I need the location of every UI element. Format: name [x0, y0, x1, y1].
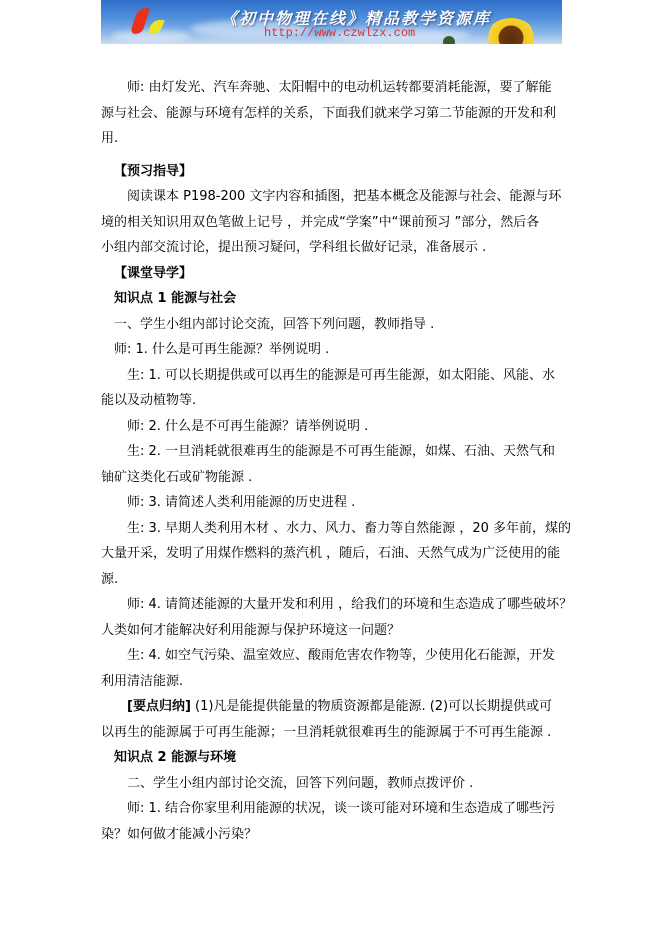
- text-line: 阅读课本 P198-200 文字内容和插图，把基本概念及能源与社会、能源与环: [101, 184, 571, 210]
- key-points-label: [要点归纳]: [127, 699, 191, 714]
- knowledge-point-1-heading: 知识点 1 能源与社会: [101, 286, 571, 312]
- text-line: 源与社会、能源与环境有怎样的关系，下面我们就来学习第二节能源的开发和利: [101, 101, 571, 127]
- text-line: 师: 3. 请简述人类利用能源的历史进程 .: [101, 490, 571, 516]
- text-line: 染？如何做才能减小污染？: [101, 822, 571, 848]
- text-line: 大量开采，发明了用煤作燃料的蒸汽机 ，随后，石油、天然气成为广泛使用的能: [101, 541, 571, 567]
- text-line: 用.: [101, 126, 571, 152]
- text-line: 源.: [101, 567, 571, 593]
- text-line: 师: 2. 什么是不可再生能源？请举例说明 .: [101, 414, 571, 440]
- text-line: 以再生的能源属于可再生能源；一旦消耗就很难再生的能源属于不可再生能源 .: [101, 720, 571, 746]
- section-heading-preview: 【预习指导】: [101, 159, 571, 185]
- document-body: 师: 由灯发光、汽车奔驰、太阳帽中的电动机运转都要消耗能源，要了解能 源与社会、…: [101, 75, 571, 847]
- text-line: 利用清洁能源.: [101, 669, 571, 695]
- flower-bud-icon: [443, 36, 455, 44]
- text-line: 一、学生小组内部讨论交流，回答下列问题，教师指导 .: [101, 312, 571, 338]
- text-line: 小组内部交流讨论，提出预习疑问，学科组长做好记录，准备展示 .: [101, 235, 571, 261]
- text-line: 人类如何才能解决好利用能源与保护环境这一问题？: [101, 618, 571, 644]
- text-line: 师: 4. 请简述能源的大量开发和利用 ，给我们的环境和生态造成了哪些破坏？: [101, 592, 571, 618]
- text-line: 铀矿这类化石或矿物能源 .: [101, 465, 571, 491]
- knowledge-point-2-heading: 知识点 2 能源与环境: [101, 745, 571, 771]
- text-line: 师: 1. 结合你家里利用能源的状况，谈一谈可能对环境和生态造成了哪些污: [101, 796, 571, 822]
- text-line: 生: 3. 早期人类利用木材 、水力、风力、畜力等自然能源 ，20 多年前，煤的: [101, 516, 571, 542]
- text-line: 境的相关知识用双色笔做上记号 ，并完成“学案”中“课前预习 ”部分，然后各: [101, 210, 571, 236]
- key-points-summary: [要点归纳] (1)凡是能提供能量的物质资源都是能源. (2)可以长期提供或可: [101, 694, 571, 720]
- text-span: (1)凡是能提供能量的物质资源都是能源. (2)可以长期提供或可: [191, 699, 552, 714]
- text-line: 能以及动植物等.: [101, 388, 571, 414]
- text-line: 二、学生小组内部讨论交流，回答下列问题，教师点拨评价 .: [101, 771, 571, 797]
- site-banner: 《初中物理在线》精品教学资源库 http://www.czwlzx.com: [101, 0, 562, 44]
- text-line: 生: 1. 可以长期提供或可以再生的能源是可再生能源，如太阳能、风能、水: [101, 363, 571, 389]
- section-heading-classroom: 【课堂导学】: [101, 261, 571, 287]
- text-line: 师: 由灯发光、汽车奔驰、太阳帽中的电动机运转都要消耗能源，要了解能: [101, 75, 571, 101]
- text-line: 生: 2. 一旦消耗就很难再生的能源是不可再生能源，如煤、石油、天然气和: [101, 439, 571, 465]
- sunflower-icon: [486, 18, 536, 44]
- text-line: 生: 4. 如空气污染、温室效应、酸雨危害农作物等，少使用化石能源，开发: [101, 643, 571, 669]
- text-line: 师: 1. 什么是可再生能源？举例说明 .: [101, 337, 571, 363]
- banner-url: http://www.czwlzx.com: [264, 26, 415, 40]
